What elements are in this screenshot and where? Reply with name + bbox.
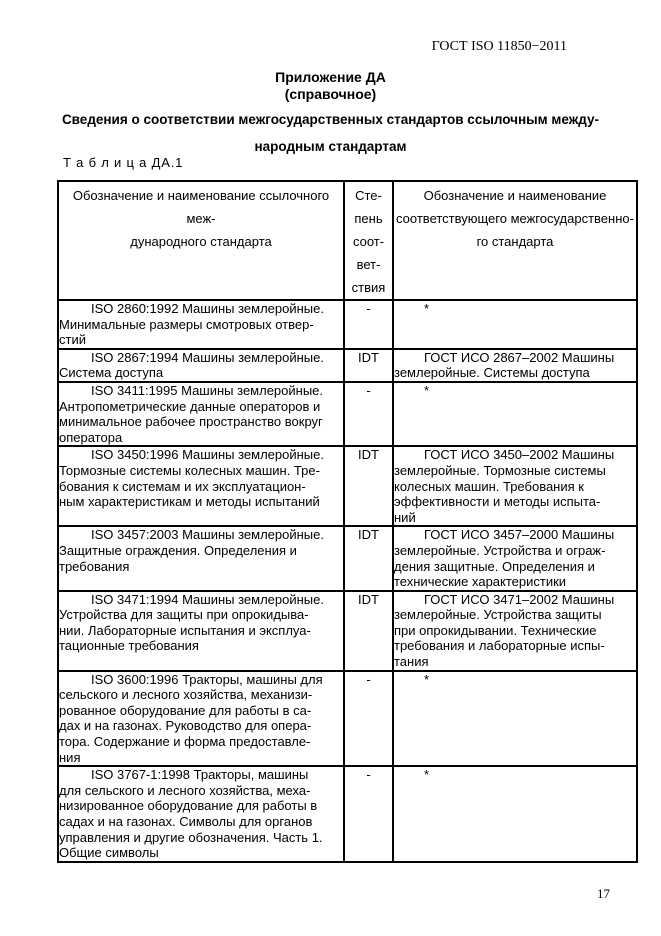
cell-gost-standard: *	[393, 671, 637, 767]
cell-intl-standard: ISO 3471:1994 Машины землеройные. Устрой…	[58, 591, 344, 671]
appendix-title: Приложение ДА	[0, 69, 661, 86]
header-degree: Сте- пень соот- вет- ствия	[344, 181, 393, 300]
cell-degree: IDT	[344, 591, 393, 671]
table-row: ISO 2860:1992 Машины землеройные. Минима…	[58, 300, 637, 349]
cell-intl-standard: ISO 2860:1992 Машины землеройные. Минима…	[58, 300, 344, 349]
table-row: ISO 2867:1994 Машины землеройные. Систем…	[58, 349, 637, 382]
cell-intl-standard: ISO 3411:1995 Машины землеройные. Антроп…	[58, 382, 344, 446]
cell-gost-standard: ГОСТ ИСО 2867–2002 Машины землеройные. С…	[393, 349, 637, 382]
document-page: ГОСТ ISO 11850−2011 Приложение ДА (справ…	[0, 0, 661, 936]
section-heading: Сведения о соответствии межгосударственн…	[0, 106, 661, 160]
cell-intl-standard: ISO 2867:1994 Машины землеройные. Систем…	[58, 349, 344, 382]
table-row: ISO 3767-1:1998 Тракторы, машины для сел…	[58, 766, 637, 862]
cell-gost-standard: ГОСТ ИСО 3450–2002 Машины землеройные. Т…	[393, 446, 637, 526]
table-header-row: Обозначение и наименование ссылочного ме…	[58, 181, 637, 300]
cell-intl-standard: ISO 3600:1996 Тракторы, машины для сельс…	[58, 671, 344, 767]
cell-gost-standard: ГОСТ ИСО 3471–2002 Машины землеройные. У…	[393, 591, 637, 671]
cell-degree: -	[344, 766, 393, 862]
appendix-title-block: Приложение ДА (справочное)	[0, 69, 661, 102]
header-gost-standard: Обозначение и наименование соответствующ…	[393, 181, 637, 300]
cell-degree: IDT	[344, 349, 393, 382]
cell-intl-standard: ISO 3457:2003 Машины землеройные. Защитн…	[58, 526, 344, 590]
cell-intl-standard: ISO 3450:1996 Машины землеройные. Тормоз…	[58, 446, 344, 526]
cell-gost-standard: *	[393, 766, 637, 862]
header-intl-standard: Обозначение и наименование ссылочного ме…	[58, 181, 344, 300]
table-row: ISO 3600:1996 Тракторы, машины для сельс…	[58, 671, 637, 767]
cell-gost-standard: *	[393, 300, 637, 349]
table-row: ISO 3457:2003 Машины землеройные. Защитн…	[58, 526, 637, 590]
cell-degree: -	[344, 382, 393, 446]
table-label: Т а б л и ц а ДА.1	[63, 155, 183, 170]
cell-degree: -	[344, 300, 393, 349]
appendix-subtitle: (справочное)	[0, 86, 661, 103]
table-row: ISO 3471:1994 Машины землеройные. Устрой…	[58, 591, 637, 671]
cell-degree: IDT	[344, 446, 393, 526]
doc-number: ГОСТ ISO 11850−2011	[0, 39, 567, 54]
table-row: ISO 3411:1995 Машины землеройные. Антроп…	[58, 382, 637, 446]
cell-gost-standard: *	[393, 382, 637, 446]
cell-intl-standard: ISO 3767-1:1998 Тракторы, машины для сел…	[58, 766, 344, 862]
table-row: ISO 3450:1996 Машины землеройные. Тормоз…	[58, 446, 637, 526]
cell-degree: -	[344, 671, 393, 767]
cell-gost-standard: ГОСТ ИСО 3457–2000 Машины землеройные. У…	[393, 526, 637, 590]
cell-degree: IDT	[344, 526, 393, 590]
page-number: 17	[0, 886, 610, 902]
standards-correspondence-table: Обозначение и наименование ссылочного ме…	[57, 180, 638, 863]
